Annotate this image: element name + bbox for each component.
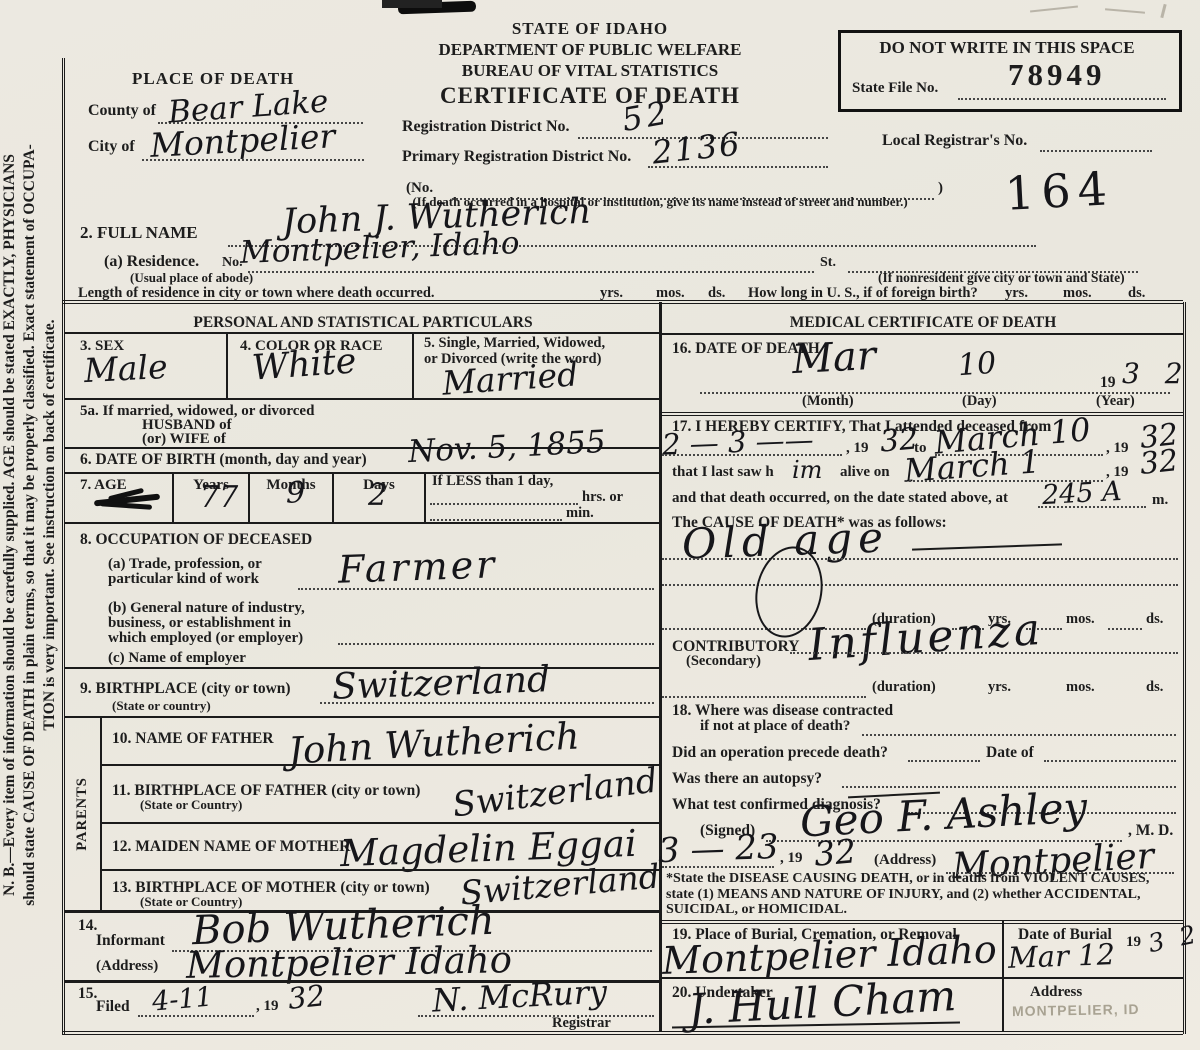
primary-district-label: Primary Registration District No. [402, 148, 631, 166]
duration2-mos: mos. [1066, 680, 1095, 696]
rule-thin [101, 764, 659, 766]
city-label: City of [88, 138, 135, 156]
age-label: 7. AGE [80, 477, 127, 494]
min-blank [430, 517, 562, 521]
rule-thin [662, 333, 1183, 335]
rule [64, 522, 659, 524]
to-19: , 19 [1106, 440, 1129, 457]
street-label: St. [820, 255, 836, 270]
undertaker-address-stamp: MONTPELIER, ID [1012, 1001, 1140, 1019]
burial-year-handwritten: 3 2 [1146, 921, 1200, 956]
father-birthplace-sub: (State or Country) [140, 798, 242, 812]
last-saw-year-handwritten: 32 [1139, 446, 1180, 480]
registrar-signature: N. McRury [431, 975, 607, 1016]
nonresident-note: (If nonresident give city or town and St… [878, 271, 1125, 286]
cell-divider [172, 472, 174, 522]
death-certificate-scan: N. B.—Every item of information should b… [0, 0, 1200, 1050]
duration2-ds: ds. [1146, 680, 1163, 696]
registration-district-label: Registration District No. [402, 118, 570, 136]
item18-label-1: 18. Where was disease contracted [672, 702, 893, 719]
occupation-a-handwritten: Farmer [337, 545, 498, 589]
rule-double [660, 920, 1183, 924]
burial-date-handwritten: Mar 12 [1008, 940, 1116, 973]
dob-label: 6. DATE OF BIRTH (month, day and year) [80, 451, 367, 468]
min-label: min. [566, 506, 594, 522]
marital-handwritten: Married [441, 357, 579, 399]
attended-19: , 19 [846, 440, 869, 457]
informant-number: 14. [78, 917, 97, 934]
local-registrar-label: Local Registrar's No. [882, 132, 1027, 150]
informant-address-label: (Address) [96, 958, 158, 975]
duration2-blank [662, 694, 866, 698]
duration-ds-blank [1108, 626, 1142, 630]
residence-blank [248, 269, 814, 273]
operation-blank [908, 758, 980, 762]
rule [64, 398, 659, 400]
days-handwritten: 2 [368, 481, 387, 511]
months-handwritten: 9 [286, 479, 305, 509]
cell-divider [412, 332, 414, 398]
hrs-blank [430, 501, 578, 505]
filed-year-prefix: , 19 [256, 998, 279, 1015]
informant-address-handwritten: Montpelier Idaho [186, 941, 513, 984]
month-caption: (Month) [802, 394, 854, 410]
time-m-label: m. [1152, 492, 1168, 509]
last-saw-label: that I last saw h [672, 464, 774, 481]
filed-year-handwritten: 32 [287, 981, 327, 1014]
race-handwritten: White [251, 344, 358, 386]
sidebar-line-1: N. B.—Every item of information should b… [0, 0, 20, 1050]
abode-note: (Usual place of abode) [130, 271, 253, 285]
city-handwritten: Montpelier [149, 119, 336, 162]
burial-cell-divider [1002, 920, 1004, 977]
document-title: CERTIFICATE OF DEATH [400, 83, 780, 108]
birthplace-label: 9. BIRTHPLACE (city or town) [80, 680, 291, 697]
sidebar-line-2: should state CAUSE OF DEATH in plain ter… [20, 0, 40, 1050]
birthplace-sub-label: (State or country) [112, 699, 211, 713]
scan-artifact-marks [382, 0, 442, 8]
informant-label: Informant [96, 932, 165, 949]
cause-flourish-dash [912, 543, 1062, 550]
duration2-label: (duration) [872, 680, 936, 696]
pencil-marks [1160, 4, 1166, 18]
death-month-handwritten: Mar [791, 336, 877, 380]
operation-date-blank [1044, 758, 1176, 762]
cause-blank-line-1 [662, 556, 1178, 560]
cell-divider [332, 472, 334, 522]
sidebar-note-rotated: N. B.—Every item of information should b… [0, 0, 62, 1050]
wife-of-label: (or) WIFE of [142, 431, 226, 448]
last-saw-fill-handwritten: im [792, 458, 822, 482]
filed-date-handwritten: 4-11 [151, 983, 214, 1015]
day-caption: (Day) [962, 394, 997, 410]
filed-label: Filed [96, 998, 130, 1015]
undertaker-cell-divider [1002, 977, 1004, 1031]
hrs-or-label: hrs. or [582, 490, 623, 506]
cause-footnote: *State the DISEASE CAUSING DEATH, or in … [666, 871, 1178, 918]
state-file-label: State File No. [852, 80, 938, 97]
length-ds: ds. [708, 286, 725, 302]
header-bureau: BUREAU OF VITAL STATISTICS [400, 62, 780, 81]
rule [64, 472, 659, 474]
place-of-death-heading: PLACE OF DEATH [132, 70, 294, 89]
medical-heading: MEDICAL CERTIFICATE OF DEATH [662, 314, 1184, 331]
filed-number: 15. [78, 985, 97, 1002]
state-file-number: 78949 [1008, 58, 1106, 92]
bottom-border [62, 1031, 1183, 1035]
us-yrs: yrs. [1005, 286, 1028, 302]
rule [64, 332, 659, 334]
operation-question: Did an operation precede death? [672, 744, 888, 761]
form-left-border [62, 58, 65, 1034]
signed-year-handwritten: 32 [813, 834, 858, 871]
cell-divider [226, 332, 228, 398]
alive-on-label: alive on [840, 464, 890, 481]
age-scratched-out [100, 501, 152, 510]
duration-mos: mos. [1066, 612, 1095, 628]
sidebar-line-3: TION is very important. See instruction … [40, 0, 60, 1050]
primary-district-handwritten: 2136 [651, 127, 743, 168]
father-name-handwritten: John Wutherich [287, 717, 580, 769]
personal-heading: PERSONAL AND STATISTICAL PARTICULARS [68, 314, 658, 331]
residence-label: (a) Residence. [104, 253, 199, 271]
father-name-label: 10. NAME OF FATHER [112, 730, 274, 747]
signed-date-blank [662, 864, 774, 868]
death-year-prefix: 19 [1100, 374, 1116, 391]
dob-handwritten: Nov. 5, 1855 [407, 427, 606, 468]
address-paren-label: (Address) [874, 852, 936, 869]
duration2-yrs: yrs. [988, 680, 1011, 696]
death-occurred-label: and that death occurred, on the date sta… [672, 490, 1008, 507]
occupation-a-label-2: particular kind of work [108, 571, 259, 588]
contributory-handwritten: Influenza [807, 608, 1045, 668]
page-number-handwritten: 164 [1004, 165, 1115, 217]
sidebar-note: N. B.—Every item of information should b… [0, 0, 62, 1050]
occupation-heading: 8. OCCUPATION OF DECEASED [80, 531, 312, 548]
less-than-day-label: If LESS than 1 day, [432, 474, 553, 490]
parents-label-text: PARENTS [75, 777, 91, 851]
signed-19: , 19 [780, 850, 803, 867]
undertaker-address-label: Address [1030, 984, 1082, 1001]
local-registrar-blank [1040, 148, 1152, 152]
us-ds: ds. [1128, 286, 1145, 302]
cell-divider [424, 472, 426, 522]
contributory-blank [790, 650, 1178, 654]
pencil-marks [1030, 5, 1078, 12]
registrar-label: Registrar [552, 1016, 611, 1032]
years-handwritten: 77 [200, 483, 238, 513]
how-long-us-note: How long in U. S., if of foreign birth? [748, 286, 978, 302]
occupation-b-label-3: which employed (or employer) [108, 630, 303, 647]
autopsy-question: Was there an autopsy? [672, 770, 822, 787]
year-caption: (Year) [1096, 394, 1135, 410]
birthplace-blank [320, 700, 654, 704]
parents-strip-divider [100, 716, 102, 911]
do-not-write-notice: DO NOT WRITE IN THIS SPACE [842, 39, 1172, 58]
death-day-handwritten: 10 [957, 349, 997, 382]
item18-label-2: if not at place of death? [700, 718, 850, 735]
cause-blank-line-2 [662, 582, 1178, 586]
length-mos: mos. [656, 286, 685, 302]
registration-district-handwritten: 52 [620, 96, 674, 136]
marital-label-1: 5. Single, Married, Widowed, [424, 336, 605, 352]
length-yrs: yrs. [600, 286, 623, 302]
residence-handwritten: Montpelier, Idaho [240, 228, 520, 269]
state-file-blank [958, 96, 1166, 100]
occupation-c-label: (c) Name of employer [108, 650, 246, 667]
pencil-marks [1105, 8, 1145, 13]
secondary-label: (Secondary) [686, 654, 761, 670]
item18-blank [862, 732, 1176, 736]
occupation-b-blank [338, 641, 654, 645]
us-mos: mos. [1063, 286, 1092, 302]
full-name-label: 2. FULL NAME [80, 224, 198, 243]
death-year-handwritten: 3 2 [1122, 360, 1191, 388]
burial-19: 19 [1126, 934, 1141, 951]
length-residence-note: Length of residence in city or town wher… [78, 286, 435, 302]
parents-vertical-label: PARENTS [66, 716, 100, 911]
cell-divider [248, 472, 250, 522]
sex-handwritten: Male [83, 350, 168, 387]
county-label: County of [88, 102, 156, 120]
rule-double [660, 412, 1183, 416]
death-time-handwritten: 245 A [1041, 478, 1122, 509]
date-of-label: Date of [986, 744, 1034, 761]
mother-name-label: 12. MAIDEN NAME OF MOTHER [112, 838, 350, 855]
signed-date-handwritten: 3 — 23 [657, 830, 779, 868]
duration-ds: ds. [1146, 612, 1163, 628]
header-state: STATE OF IDAHO [440, 20, 740, 39]
header-department: DEPARTMENT OF PUBLIC WELFARE [380, 41, 800, 60]
registrar-blank [418, 1013, 654, 1017]
father-birthplace-handwritten: Switzerland [451, 764, 660, 823]
